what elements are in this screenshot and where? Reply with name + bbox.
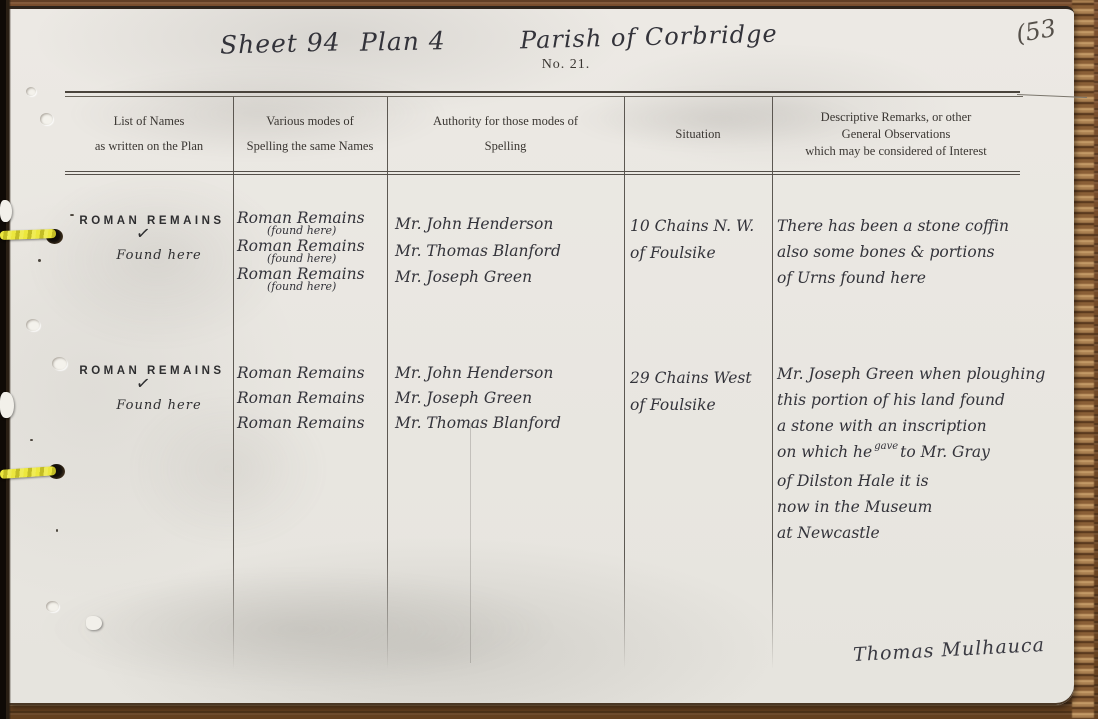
situation-text: 10 Chains N. W.: [630, 213, 754, 240]
sheet-heading: Sheet 94: [220, 27, 341, 59]
remarks-text: of Urns found here: [777, 265, 1009, 291]
authority-name: Mr. Joseph Green: [395, 386, 561, 411]
row2-situation-cell: 29 Chains West of Foulsike: [630, 365, 752, 419]
authority-name: Mr. John Henderson: [395, 361, 561, 386]
header-text: Descriptive Remarks, or other: [772, 109, 1020, 126]
header-text: Authority for those modes of: [387, 109, 624, 134]
remarks-text: now in the Museum: [777, 494, 1045, 520]
remarks-text: this portion of his land found: [777, 387, 1045, 413]
parish-heading: Parish of Corbridge: [520, 20, 778, 55]
plan-heading: Plan 4: [360, 26, 446, 56]
check-mark: ✓: [135, 223, 152, 245]
torn-page-fragment: [0, 200, 12, 222]
header-text: List of Names: [65, 109, 233, 134]
folio-number: (53: [1014, 14, 1058, 49]
header-bottom-rule: [65, 174, 1020, 175]
ink-speck: [70, 214, 74, 216]
plan-name-text: ROMAN REMAINS: [79, 215, 224, 227]
header-text: Various modes of: [233, 109, 387, 134]
header-text: Spelling: [387, 134, 624, 159]
authority-name: Mr. Joseph Green: [395, 264, 561, 291]
ink-speck: [56, 529, 58, 532]
authority-name: Mr. Thomas Blanford: [395, 238, 561, 265]
situation-text: 29 Chains West: [630, 365, 752, 392]
column-divider: [233, 97, 234, 669]
plan-name-subtext: Found here: [91, 248, 227, 263]
row1-spellings-cell: Roman Remains (found here) Roman Remains…: [237, 211, 365, 295]
header-text: Situation: [624, 122, 772, 147]
scanned-name-book-page: (53 Sheet 94 Plan 4 Parish of Corbridge …: [0, 0, 1098, 719]
header-text: as written on the Plan: [65, 134, 233, 159]
header-text: General Observations: [772, 126, 1020, 143]
ink-speck: [38, 259, 41, 262]
remarks-text: Mr. Joseph Green when ploughing: [777, 361, 1045, 387]
row2-authority-cell: Mr. John Henderson Mr. Joseph Green Mr. …: [395, 361, 561, 436]
page-stack-edge-right: [1072, 0, 1094, 719]
row2-spellings-cell: Roman Remains Roman Remains Roman Remain…: [237, 361, 365, 436]
spelling-subtext: (found here): [267, 226, 365, 236]
row1-name-cell: ROMAN REMAINS✓ Found here: [77, 211, 227, 263]
spelling-text: Roman Remains: [237, 411, 365, 436]
page-number-label: No. 21.: [506, 57, 626, 73]
spelling-text: Roman Remains: [237, 361, 365, 386]
situation-text: of Foulsike: [630, 392, 752, 419]
spelling-text: Roman Remains: [237, 386, 365, 411]
name-book-table: List of Names as written on the Plan Var…: [65, 91, 1020, 683]
punch-indent: [26, 87, 36, 96]
spelling-entry: Roman Remains (found here): [237, 211, 365, 236]
spelling-subtext: (found here): [267, 282, 365, 292]
row2-remarks-cell: Mr. Joseph Green when ploughing this por…: [777, 361, 1045, 546]
bleed-through-line: [470, 423, 471, 663]
situation-text: of Foulsike: [630, 240, 754, 267]
spelling-subtext: (found here): [267, 254, 365, 264]
header-spelling-modes: Various modes of Spelling the same Names: [233, 97, 387, 171]
spelling-entry: Roman Remains (found here): [237, 239, 365, 264]
book-spine-edge: [0, 0, 11, 719]
column-divider: [624, 97, 625, 669]
row1-situation-cell: 10 Chains N. W. of Foulsike: [630, 213, 754, 267]
column-divider: [387, 97, 388, 669]
plan-name-subtext: Found here: [91, 398, 227, 413]
row2-name-cell: ROMAN REMAINS✓ Found here: [77, 361, 227, 413]
row1-authority-cell: Mr. John Henderson Mr. Thomas Blanford M…: [395, 211, 561, 291]
plan-name-text: ROMAN REMAINS: [79, 365, 224, 377]
document-page: (53 Sheet 94 Plan 4 Parish of Corbridge …: [8, 6, 1074, 705]
header-situation: Situation: [624, 97, 772, 171]
inserted-word: gave: [874, 441, 898, 452]
header-text: Spelling the same Names: [233, 134, 387, 159]
authority-name: Mr. Thomas Blanford: [395, 411, 561, 436]
remarks-text: also some bones & portions: [777, 239, 1009, 265]
row1-remarks-cell: There has been a stone coffin also some …: [777, 213, 1009, 291]
torn-page-fragment: [86, 616, 102, 630]
torn-page-fragment: [0, 392, 14, 418]
spelling-entry: Roman Remains (found here): [237, 267, 365, 292]
remarks-text: at Newcastle: [777, 520, 1045, 546]
header-list-of-names: List of Names as written on the Plan: [65, 97, 233, 171]
remarks-text: a stone with an inscription: [777, 413, 1045, 439]
remarks-text: to Mr. Gray: [900, 443, 990, 461]
punch-indent: [26, 319, 40, 331]
remarks-text: of Dilston Hale it is: [777, 468, 1045, 494]
authority-name: Mr. John Henderson: [395, 211, 561, 238]
check-mark: ✓: [135, 373, 152, 395]
punch-indent: [40, 113, 53, 125]
header-authority: Authority for those modes of Spelling: [387, 97, 624, 171]
punch-indent: [46, 601, 59, 612]
remarks-text: There has been a stone coffin: [777, 213, 1009, 239]
header-text: which may be considered of Interest: [772, 143, 1020, 160]
ink-speck: [30, 439, 33, 441]
header-remarks: Descriptive Remarks, or other General Ob…: [772, 97, 1020, 171]
punch-indent: [52, 357, 67, 370]
remarks-text-with-insertion: on which hegaveto Mr. Gray: [777, 439, 1045, 468]
column-divider: [772, 97, 773, 669]
remarks-text: on which he: [777, 443, 872, 461]
